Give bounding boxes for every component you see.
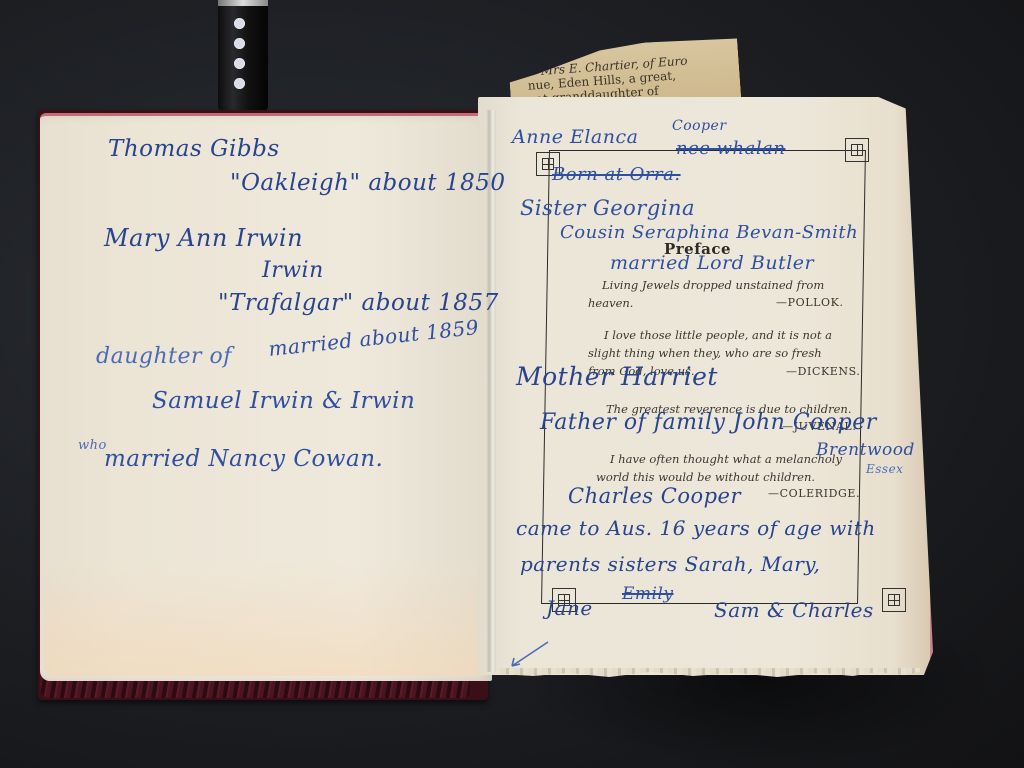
hw-cooper: Cooper bbox=[672, 118, 727, 134]
hw-charles-cooper: Charles Cooper bbox=[568, 484, 741, 508]
frame-corner-ornament bbox=[845, 138, 869, 162]
quote-author: —COLERIDGE. bbox=[768, 487, 860, 500]
hw-brentwood: Brentwood bbox=[816, 440, 915, 460]
hw-samuel-irwin: Samuel Irwin & Irwin bbox=[152, 388, 415, 414]
hw-thomas-gibbs: Thomas Gibbs bbox=[108, 136, 280, 162]
pen-dot bbox=[234, 38, 245, 49]
pen-cap bbox=[218, 0, 268, 6]
arrow-icon bbox=[506, 640, 550, 670]
hw-emily: Emily bbox=[622, 584, 674, 604]
quote-line: slight thing when they, who are so fresh bbox=[588, 344, 822, 362]
hw-sister-georgina: Sister Georgina bbox=[520, 196, 695, 220]
hw-oakleigh: "Oakleigh" about 1850 bbox=[230, 170, 506, 196]
quote-line: I love those little people, and it is no… bbox=[604, 326, 832, 344]
hw-anne-elanca: Anne Elanca bbox=[512, 126, 638, 148]
pen-dot bbox=[234, 58, 245, 69]
hw-cousin: Cousin Seraphina Bevan-Smith bbox=[560, 222, 858, 243]
hw-came-to-aus: came to Aus. 16 years of age with bbox=[516, 516, 876, 540]
frame-corner-ornament bbox=[882, 588, 906, 612]
quote-author: —DICKENS. bbox=[786, 365, 861, 378]
hw-who: who bbox=[78, 438, 107, 453]
hw-parents-sisters: parents sisters Sarah, Mary, bbox=[520, 552, 820, 576]
hw-married-lord-butler: married Lord Butler bbox=[610, 252, 814, 274]
hw-trafalgar: "Trafalgar" about 1857 bbox=[218, 290, 499, 316]
hw-sam-charles: Sam & Charles bbox=[714, 598, 874, 622]
pen-dot bbox=[234, 18, 245, 29]
quote-author: —POLLOK. bbox=[776, 296, 844, 309]
hw-nee-whalan: nee whalan bbox=[676, 138, 785, 159]
hw-father-john-cooper: Father of family John Cooper bbox=[540, 410, 877, 435]
hw-crossed-out-born: Born at Orra. bbox=[552, 164, 681, 185]
quote-line: Living Jewels dropped unstained from bbox=[602, 276, 824, 294]
pen bbox=[218, 0, 268, 112]
hw-essex: Essex bbox=[866, 462, 903, 476]
hw-married-nancy-cowan: married Nancy Cowan. bbox=[104, 446, 383, 472]
hw-daughter-of: daughter of bbox=[96, 344, 232, 369]
quote-line: heaven. bbox=[588, 294, 633, 312]
pen-dot bbox=[234, 78, 245, 89]
left-page-stain bbox=[44, 560, 488, 676]
hw-mother-harriet: Mother Harriet bbox=[516, 362, 718, 391]
quote-line: I have often thought what a melancholy bbox=[610, 450, 842, 468]
hw-jane: Jane bbox=[546, 596, 593, 620]
hw-mary-ann-irwin: Mary Ann Irwin bbox=[104, 224, 303, 252]
hw-irwin: Irwin bbox=[262, 258, 324, 283]
